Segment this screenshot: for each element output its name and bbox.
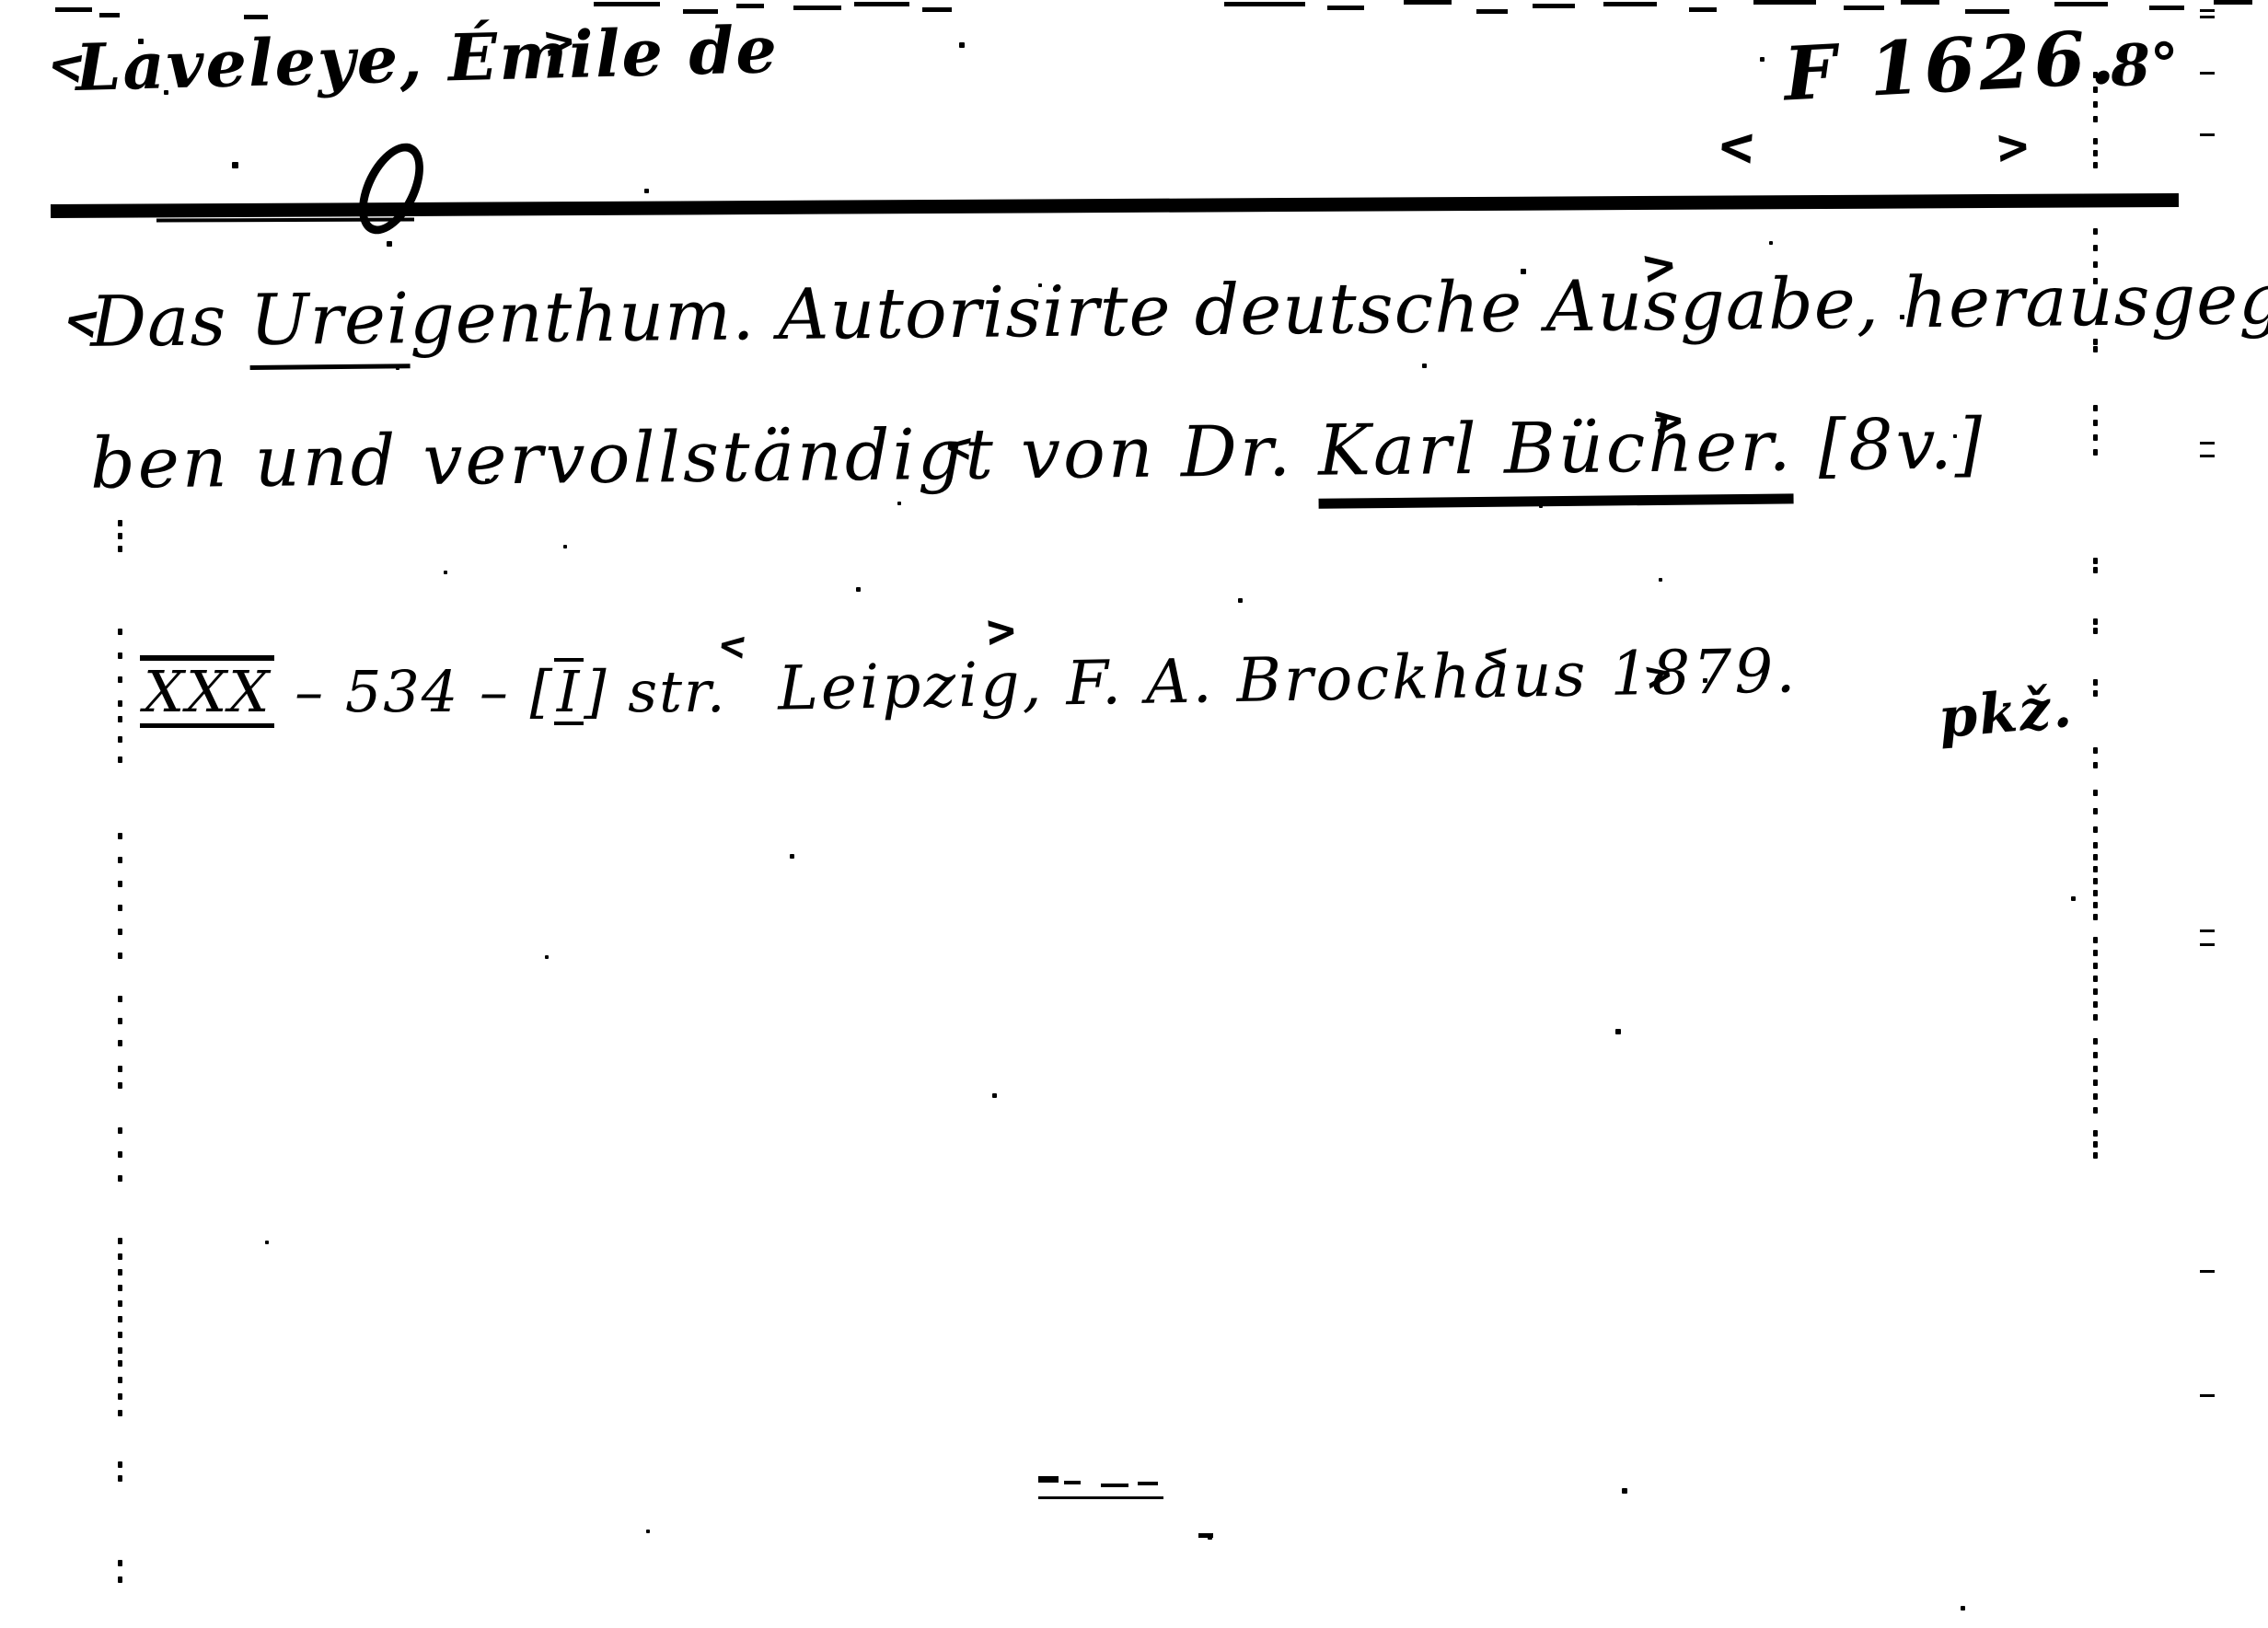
dotted-rule-dot [118, 881, 122, 887]
dotted-rule-dot [118, 736, 122, 743]
dotted-rule-dot [2093, 162, 2098, 168]
ink-speck [644, 189, 649, 193]
imprint-statement: Leipzig, F. A. Brockhaus 1879. [777, 635, 1799, 723]
top-edge-noise [793, 6, 841, 10]
dotted-rule-dot [2093, 1141, 2098, 1148]
top-edge-noise [1689, 7, 1717, 12]
dotted-rule-dot [118, 1360, 122, 1367]
top-edge-noise [854, 2, 909, 6]
title-line2-pre: ben und vervollständigt von Dr. [90, 410, 1319, 504]
dotted-rule-dot [118, 676, 122, 683]
dotted-rule-dot [2093, 854, 2098, 860]
dotted-rule-dot [118, 1393, 122, 1400]
dotted-rule-dot [118, 1316, 122, 1322]
ink-speck [563, 545, 567, 548]
ink-speck [1622, 1488, 1627, 1494]
dotted-rule-dot [118, 1040, 122, 1046]
dotted-rule-dot [2093, 228, 2098, 235]
ink-speck [1422, 364, 1427, 368]
edge-dash-mark [2200, 455, 2215, 457]
title-line-2: ben und vervollständigt von Dr. Karl Büc… [90, 402, 1985, 504]
insertion-caret-mark: < [1718, 117, 1756, 176]
dotted-rule-dot [2093, 762, 2098, 768]
dotted-rule-dot [118, 629, 122, 635]
insertion-caret-mark: > [1640, 239, 1678, 294]
title-line2-rest: [8v.] [1793, 402, 1985, 486]
top-edge-noise [1753, 0, 1816, 5]
dotted-rule-dot [2093, 976, 2098, 982]
top-edge-noise [1404, 0, 1452, 5]
top-edge-noise [2214, 0, 2252, 5]
collation-dash-2: – [480, 658, 510, 725]
top-edge-noise [1533, 4, 1575, 8]
dotted-rule-dot [118, 929, 122, 935]
dotted-rule-dot [118, 652, 122, 659]
ink-speck [1521, 269, 1526, 274]
top-edge-noise [1476, 9, 1508, 14]
dotted-rule-dot [2093, 1093, 2098, 1100]
dotted-rule-dot [118, 756, 122, 763]
dotted-rule-dot [2093, 866, 2098, 872]
dotted-rule-dot [2093, 937, 2098, 943]
dotted-rule-dot [2093, 842, 2098, 849]
dotted-rule-dot [2093, 278, 2098, 284]
dotted-rule-dot [2093, 878, 2098, 884]
dotted-rule-dot [2093, 826, 2098, 833]
call-number: F 1626. [1782, 14, 2121, 118]
dotted-rule-dot [118, 905, 122, 911]
dotted-rule-dot [118, 546, 122, 552]
ink-speck [959, 42, 965, 48]
top-edge-noise [1901, 0, 1939, 5]
dotted-rule-dot [2093, 72, 2098, 78]
dotted-rule-dot [2093, 902, 2098, 908]
pages-label: str. [628, 658, 726, 725]
dotted-rule-dot [118, 1347, 122, 1354]
ink-speck [1539, 504, 1543, 508]
top-edge-noise [1965, 9, 2009, 14]
top-edge-noise [1603, 2, 1657, 6]
catalog-card: Laveleye, Émile de F 1626. 8° Das Ureige… [0, 0, 2268, 1628]
bottom-mark [1038, 1496, 1163, 1499]
dotted-rule-dot [2093, 914, 2098, 920]
dotted-rule-dot [2093, 890, 2098, 896]
bottom-mark [1198, 1533, 1213, 1538]
dotted-rule-dot [2093, 1001, 2098, 1008]
ink-speck [1238, 598, 1243, 603]
ink-speck [1900, 315, 1904, 319]
title-line1-pre: Das [90, 279, 250, 363]
edge-dash-mark [2200, 1394, 2215, 1397]
bottom-mark [1101, 1484, 1128, 1487]
top-edge-noise [2054, 2, 2108, 6]
dotted-rule-dot [2093, 434, 2098, 441]
dotted-rule-dot [2093, 261, 2098, 268]
dotted-rule-dot [2093, 1014, 2098, 1021]
dotted-rule-dot [2093, 988, 2098, 995]
ink-speck [396, 366, 399, 370]
dotted-rule-dot [118, 1018, 122, 1024]
edge-dash-mark [2200, 133, 2215, 136]
dotted-rule-dot [118, 1238, 122, 1244]
insertion-caret-mark: < [718, 623, 747, 668]
dotted-rule-dot [118, 857, 122, 863]
descender-flourish [346, 133, 437, 245]
dotted-rule-dot [2093, 87, 2098, 93]
ink-speck [485, 479, 490, 483]
top-edge-noise [55, 7, 92, 12]
ink-speck [1615, 1029, 1621, 1034]
dotted-rule-dot [2093, 1038, 2098, 1045]
dotted-rule-dot [2093, 950, 2098, 956]
dotted-rule-dot [118, 1560, 122, 1566]
dotted-rule-dot [118, 833, 122, 839]
edge-dash-mark [2200, 929, 2215, 932]
dotted-rule-dot [2093, 790, 2098, 796]
dotted-rule-dot [2093, 150, 2098, 156]
dotted-rule-dot [2093, 1066, 2098, 1072]
dotted-rule-dot [118, 1461, 122, 1468]
top-edge-noise [99, 13, 120, 17]
top-edge-noise [244, 15, 268, 19]
dotted-rule-dot [2093, 245, 2098, 251]
ink-speck [1319, 201, 1324, 205]
dotted-rule-dot [2093, 558, 2098, 564]
collation-dash-1: – [295, 658, 325, 725]
ink-speck [164, 90, 168, 95]
dotted-rule-dot [118, 1253, 122, 1260]
dotted-rule-dot [118, 1332, 122, 1338]
ink-speck [444, 571, 447, 574]
dotted-rule-dot [2093, 628, 2098, 634]
title-line-1: Das Ureigenthum. Autorisirte deutsche Au… [90, 257, 2268, 363]
dotted-rule-dot [2093, 1107, 2098, 1114]
dotted-rule-dot [2093, 690, 2098, 697]
ink-speck [897, 502, 901, 505]
top-edge-noise [736, 4, 764, 8]
ink-speck [265, 1241, 269, 1244]
dotted-rule-dot [118, 1475, 122, 1482]
dotted-rule-dot [118, 1151, 122, 1158]
dotted-rule-dot [118, 520, 122, 526]
dotted-rule-dot [118, 953, 122, 959]
dotted-rule-dot [2093, 963, 2098, 969]
title-filing-word-underlined: Urei [249, 277, 411, 370]
top-edge-noise [1224, 2, 1305, 6]
ink-speck [1760, 57, 1765, 62]
author-heading: Laveleye, Émile de [75, 11, 780, 106]
dotted-rule-dot [2093, 808, 2098, 814]
edge-dash-mark [2200, 442, 2215, 445]
dotted-rule-dot [2093, 1152, 2098, 1159]
ink-speck [790, 854, 794, 859]
dotted-rule-dot [2093, 618, 2098, 625]
top-edge-noise [922, 7, 952, 12]
collation-statement: XXX – 534 – [I] str. [140, 655, 727, 728]
dotted-rule-dot [118, 996, 122, 1002]
ink-speck [1703, 678, 1707, 683]
dotted-rule-dot [2093, 339, 2098, 345]
cataloger-annotation: pkž. [1936, 675, 2076, 752]
dotted-rule-dot [118, 1269, 122, 1276]
dotted-rule-dot [2093, 679, 2098, 686]
edge-dash-mark [2200, 1270, 2215, 1273]
ink-speck [1961, 1606, 1965, 1611]
ink-speck [138, 39, 144, 44]
edge-dash-mark [2200, 9, 2215, 12]
dotted-rule-dot [2093, 405, 2098, 411]
insertion-caret-mark: < [944, 424, 974, 469]
insertion-caret-mark: > [985, 606, 1017, 656]
dotted-rule-dot [118, 1300, 122, 1307]
editor-name-underlined: Karl Bücher. [1318, 404, 1794, 508]
insertion-caret-mark: < [1482, 636, 1510, 676]
dotted-rule-dot [118, 1082, 122, 1089]
dotted-rule-dot [2093, 138, 2098, 144]
title-line1-rest: genthum. Autorisirte deutsche Ausgabe, h… [410, 257, 2268, 359]
insertion-caret-mark: > [542, 17, 576, 68]
dotted-rule-dot [2093, 1052, 2098, 1058]
top-edge-noise [2149, 6, 2184, 10]
bracket-close: ] [584, 658, 607, 725]
dotted-rule-dot [118, 1576, 122, 1583]
ink-speck [1659, 578, 1662, 582]
dotted-rule-dot [118, 1285, 122, 1291]
insertion-caret-mark: > [1996, 121, 2031, 174]
top-edge-noise [1844, 6, 1884, 10]
ink-speck [387, 241, 392, 247]
edge-dash-mark [2200, 16, 2215, 18]
ink-speck [646, 1530, 650, 1533]
edge-dash-mark [2200, 72, 2215, 75]
bottom-mark [1138, 1482, 1158, 1485]
dotted-rule-dot [118, 1066, 122, 1072]
dotted-rule-dot [2093, 346, 2098, 352]
dotted-rule-dot [118, 1127, 122, 1134]
bracket-open: [ [530, 658, 554, 725]
dotted-rule-dot [2093, 116, 2098, 122]
top-edge-noise [594, 2, 660, 6]
insertion-caret-mark: > [1652, 397, 1684, 445]
dotted-rule-dot [2093, 101, 2098, 108]
dotted-rule-dot [118, 1175, 122, 1182]
top-edge-noise [683, 9, 718, 14]
edge-dash-mark [2200, 943, 2215, 946]
ink-speck [545, 955, 549, 959]
size-notation: 8° [2110, 30, 2181, 100]
ink-speck [992, 1093, 997, 1098]
ink-speck [1953, 434, 1957, 438]
bottom-mark [1038, 1476, 1059, 1483]
ink-speck [1769, 241, 1773, 245]
arabic-pagination: 534 [345, 658, 459, 725]
top-edge-noise [1327, 6, 1364, 10]
ink-speck [1038, 283, 1042, 287]
dotted-rule-dot [118, 1377, 122, 1383]
dotted-rule-dot [118, 1410, 122, 1416]
bottom-mark [1064, 1481, 1081, 1484]
ink-speck [856, 587, 861, 592]
dotted-rule-dot [2093, 747, 2098, 754]
roman-pagination: XXX [140, 655, 274, 728]
ink-speck [232, 162, 238, 168]
dotted-rule-dot [2093, 449, 2098, 456]
ink-speck [1151, 331, 1154, 335]
ink-speck [2071, 896, 2076, 901]
dotted-rule-dot [2093, 567, 2098, 573]
dotted-rule-dot [118, 533, 122, 539]
plate-numeral: I [554, 658, 584, 725]
dotted-rule-dot [2093, 1080, 2098, 1086]
dotted-rule-dot [2093, 1130, 2098, 1137]
dotted-rule-dot [118, 700, 122, 707]
dotted-rule-dot [2093, 420, 2098, 426]
dotted-rule-dot [118, 716, 122, 722]
